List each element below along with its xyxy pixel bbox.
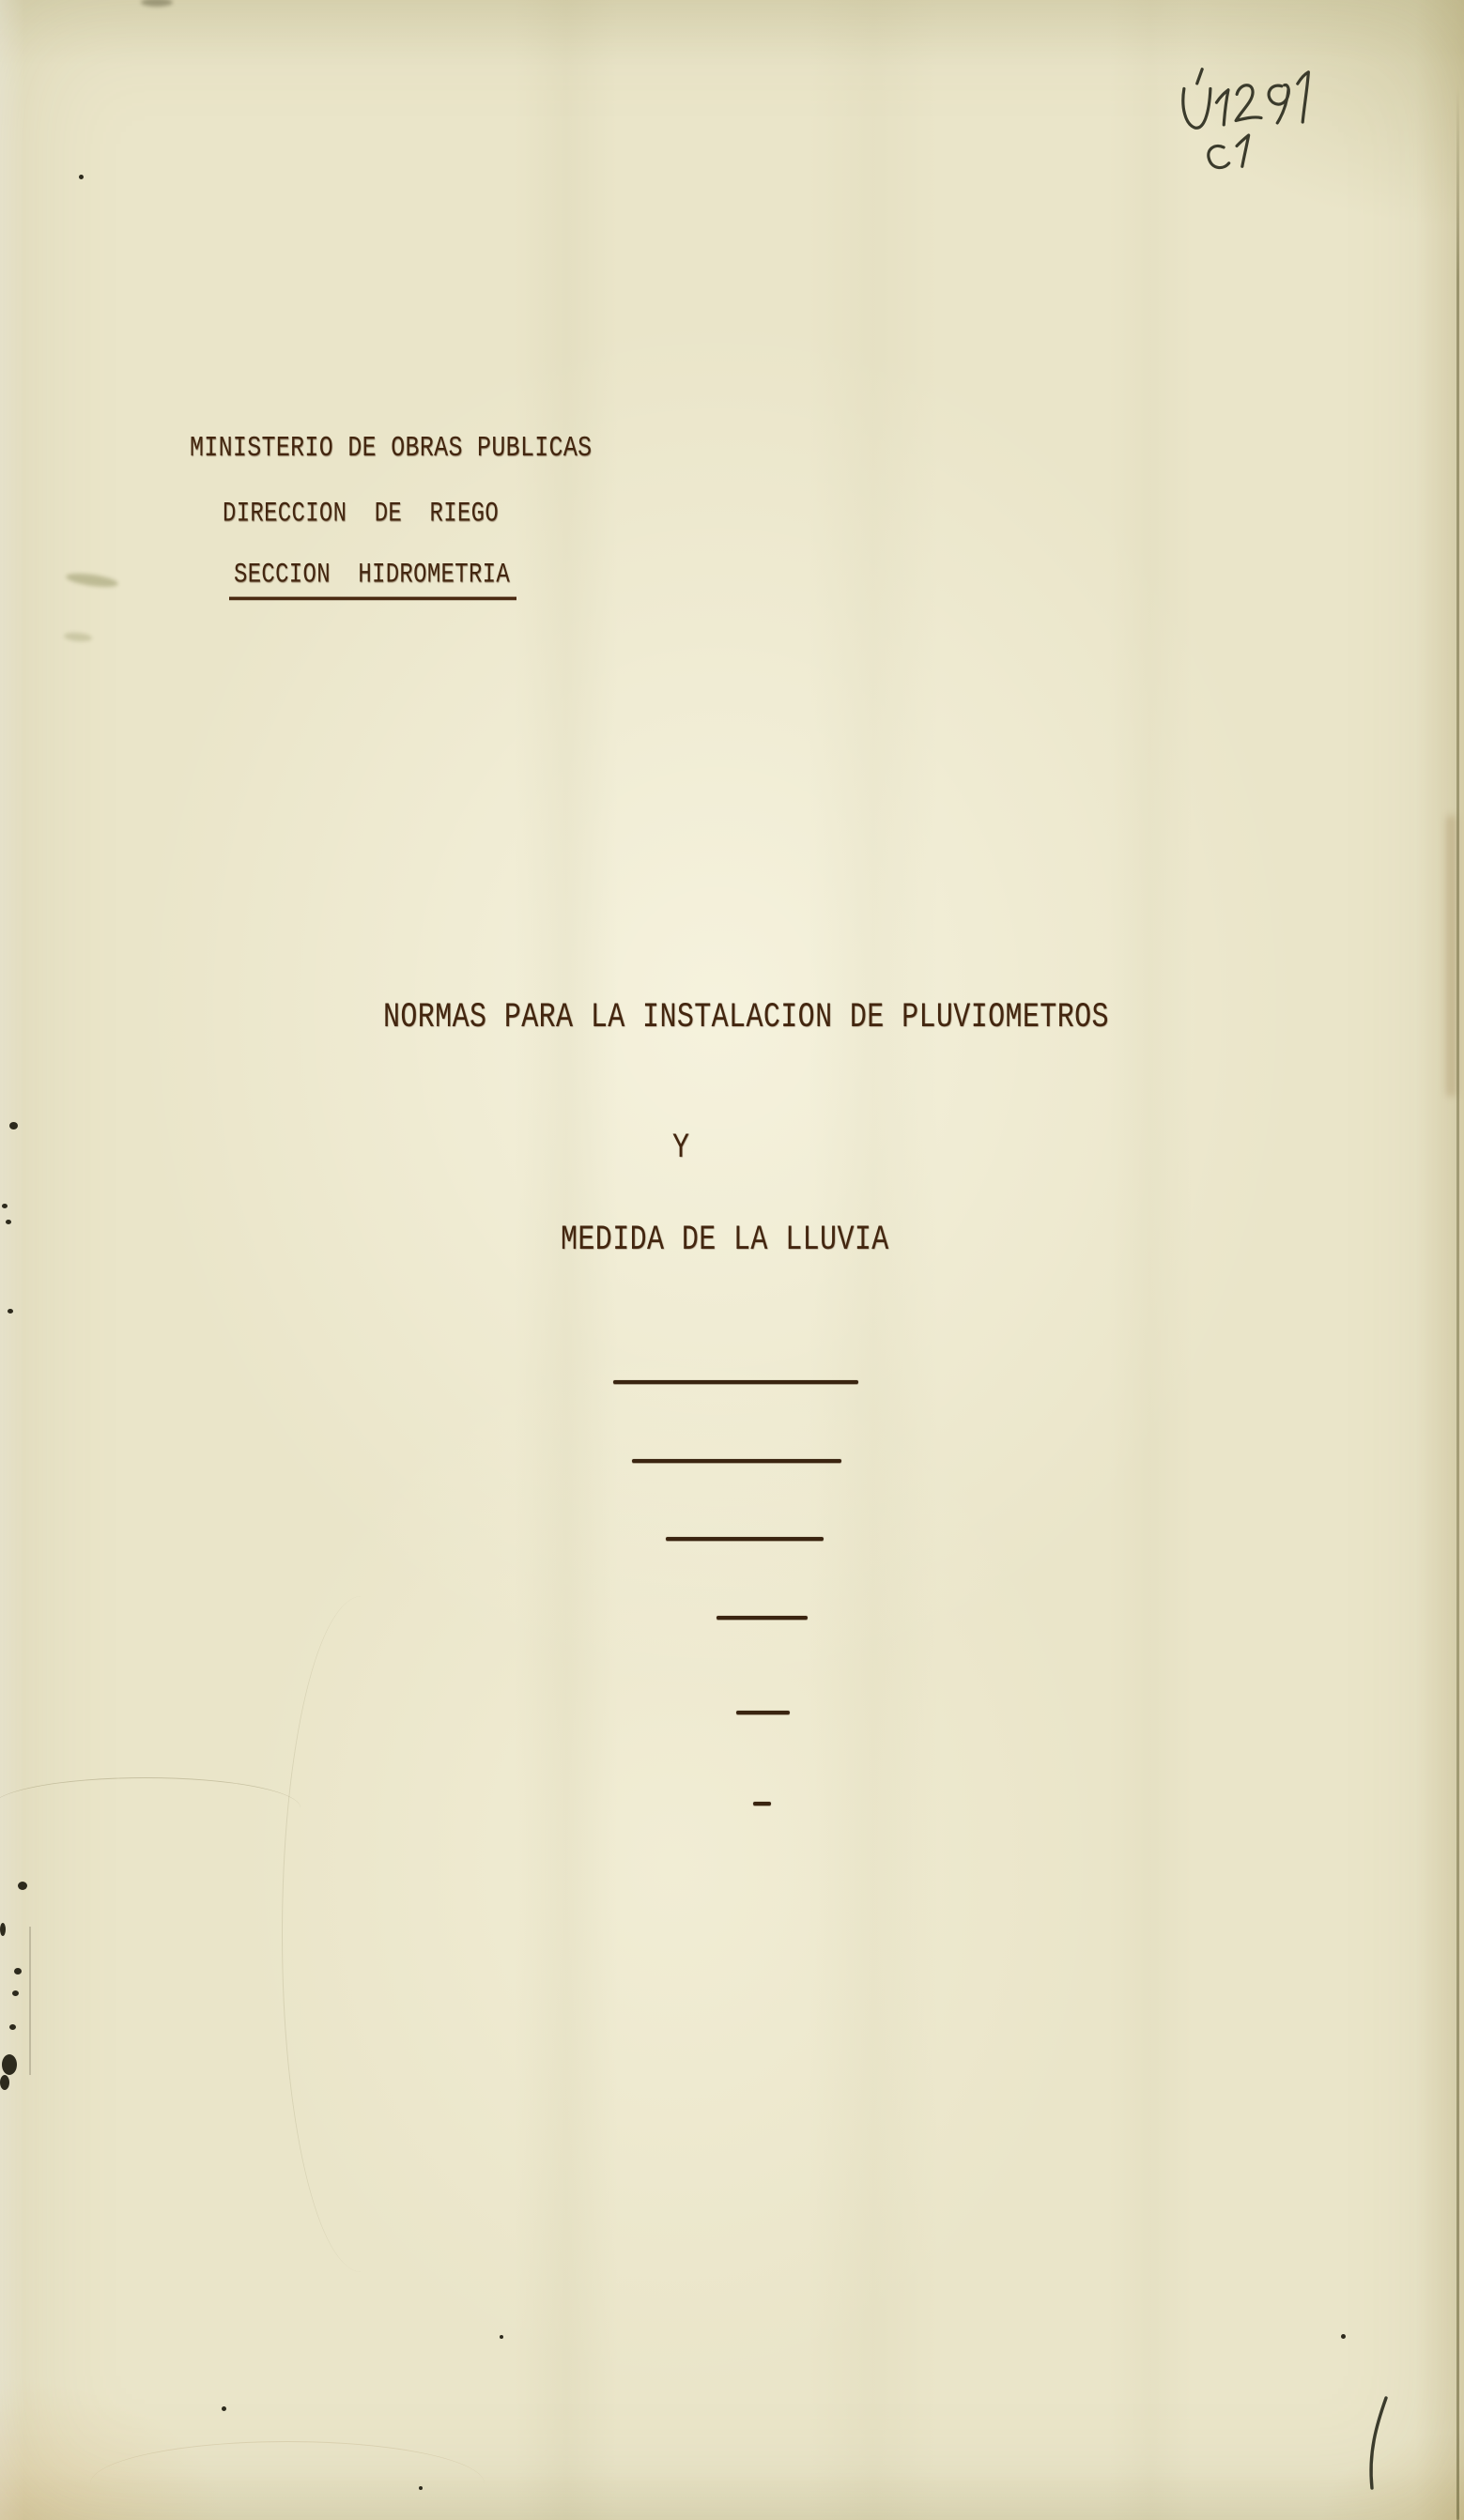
ink-speck xyxy=(0,1923,6,1936)
typed-rule xyxy=(717,1616,808,1620)
paper-crease xyxy=(90,2441,485,2520)
edge-smudge xyxy=(141,0,173,7)
typed-rule xyxy=(632,1459,841,1463)
ink-speck xyxy=(12,1990,19,1996)
page-edge-line xyxy=(1456,85,1459,2520)
ink-speck xyxy=(222,2406,226,2411)
ink-speck xyxy=(0,2075,9,2090)
ink-speck xyxy=(500,2335,503,2339)
paper-streak xyxy=(1108,0,1193,2520)
ink-speck xyxy=(1341,2334,1346,2339)
handwritten-catalog-sub xyxy=(1205,136,1206,137)
document-title-conjunction: Y xyxy=(672,1131,689,1166)
ink-speck xyxy=(2,1204,8,1208)
document-title-line1: NORMAS PARA LA INSTALACION DE PLUVIOMETR… xyxy=(383,1001,1109,1036)
typed-rule xyxy=(666,1537,824,1541)
pencil-smudge xyxy=(65,571,118,590)
pencil-smudge xyxy=(64,632,93,643)
typed-rule xyxy=(613,1380,858,1384)
ink-speck xyxy=(8,1309,13,1314)
direction-line: DIRECCION DE RIEGO xyxy=(223,501,499,529)
paper-crease xyxy=(0,1777,301,1838)
section-line-underlined: SECCION HIDROMETRIA xyxy=(229,562,516,600)
ink-speck xyxy=(18,1882,27,1890)
ink-speck xyxy=(9,2024,16,2030)
scanned-page: MINISTERIO DE OBRAS PUBLICAS DIRECCION D… xyxy=(0,0,1464,2520)
ink-speck xyxy=(9,1122,18,1129)
edge-stain xyxy=(1446,815,1456,1097)
ink-speck xyxy=(419,2486,423,2490)
ink-speck xyxy=(79,175,84,179)
paper-crease xyxy=(282,1596,442,2272)
ink-speck xyxy=(6,1220,11,1224)
handwritten-catalog-code xyxy=(1172,54,1326,181)
scratch-mark xyxy=(29,1927,31,2075)
document-title-line2: MEDIDA DE LA LLUVIA xyxy=(561,1223,889,1258)
pen-stroke-mark xyxy=(1358,2392,1399,2497)
ink-speck xyxy=(2,2054,17,2075)
ink-speck xyxy=(14,1968,22,1975)
typed-rule xyxy=(736,1711,790,1714)
typed-rule xyxy=(753,1802,771,1805)
ministry-line: MINISTERIO DE OBRAS PUBLICAS xyxy=(190,434,592,463)
